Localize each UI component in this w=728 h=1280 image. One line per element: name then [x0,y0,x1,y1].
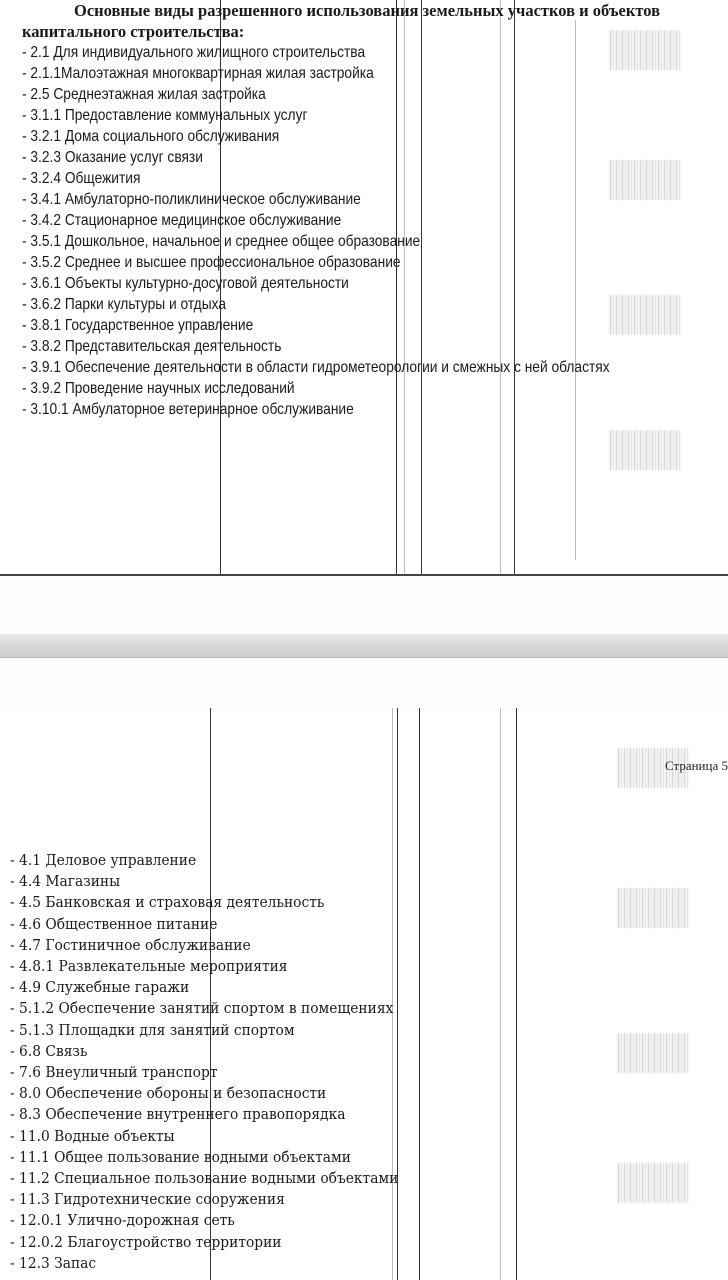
scan-noise [610,160,680,200]
list-item: - 2.5 Среднеэтажная жилая застройка [22,84,610,105]
list-item: - 4.8.1 Развлекательные мероприятия [10,956,398,977]
list-item: - 8.3 Обеспечение внутреннего правопоряд… [10,1104,398,1125]
list-item: - 3.4.2 Стационарное медицинское обслужи… [22,210,610,231]
list-item: - 3.10.1 Амбулаторное ветеринарное обслу… [22,399,610,420]
heading-line-1: Основные виды разрешенного использования… [22,0,728,21]
list-item: - 3.6.2 Парки культуры и отдыха [22,294,610,315]
scan-line [500,708,501,1280]
main-use-list-continued: - 4.1 Деловое управление - 4.4 Магазины … [10,850,398,1274]
scan-line [419,708,420,1280]
list-item: - 3.6.1 Объекты культурно-досуговой деят… [22,273,610,294]
list-item: - 4.7 Гостиничное обслуживание [10,935,398,956]
list-item: - 11.0 Водные объекты [10,1126,398,1147]
list-item: - 12.0.2 Благоустройство территории [10,1232,398,1253]
heading-line-2: капитального строительства: [22,21,728,42]
list-item: - 3.5.2 Среднее и высшее профессионально… [22,252,610,273]
list-item: - 4.5 Банковская и страховая деятельност… [10,892,398,913]
list-item: - 4.9 Служебные гаражи [10,977,398,998]
list-item: - 3.2.1 Дома социального обслуживания [22,126,610,147]
scan-noise [618,1033,688,1073]
list-item: - 3.9.2 Проведение научных исследований [22,378,610,399]
list-item: - 12.0.1 Улично-дорожная сеть [10,1210,398,1231]
list-item: - 3.1.1 Предоставление коммунальных услу… [22,105,610,126]
list-item: - 3.8.1 Государственное управление [22,315,610,336]
list-item: - 3.4.1 Амбулаторно-поликлиническое обсл… [22,189,610,210]
list-item: - 3.9.1 Обеспечение деятельности в облас… [22,357,610,378]
main-use-list: - 2.1 Для индивидуального жилищного стро… [22,42,610,420]
list-item: - 2.1.1Малоэтажная многоквартирная жилая… [22,63,610,84]
list-item: - 7.6 Внеуличный транспорт [10,1062,398,1083]
scan-noise [610,430,680,470]
list-item: - 2.1 Для индивидуального жилищного стро… [22,42,610,63]
section-heading: Основные виды разрешенного использования… [22,0,728,42]
scan-noise [618,888,688,928]
list-item: - 3.2.4 Общежития [22,168,610,189]
list-item: - 3.2.3 Оказание услуг связи [22,147,610,168]
page-divider-bar [0,634,728,658]
scan-noise [610,295,680,335]
list-item: - 4.4 Магазины [10,871,398,892]
list-item: - 11.2 Специальное пользование водными о… [10,1168,398,1189]
list-item: - 4.6 Общественное питание [10,914,398,935]
list-item: - 4.1 Деловое управление [10,850,398,871]
page-number: Страница 5 [665,758,728,774]
list-item: - 5.1.2 Обеспечение занятий спортом в по… [10,998,398,1019]
document-page-top: Основные виды разрешенного использования… [0,0,728,576]
list-item: - 6.8 Связь [10,1041,398,1062]
list-item: - 12.3 Запас [10,1253,398,1274]
scan-noise [618,1163,688,1203]
list-item: - 11.3 Гидротехнические сооружения [10,1189,398,1210]
list-item: - 3.8.2 Представительская деятельность [22,336,610,357]
list-item: - 5.1.3 Площадки для занятий спортом [10,1020,398,1041]
list-item: - 8.0 Обеспечение обороны и безопасности [10,1083,398,1104]
list-item: - 3.5.1 Дошкольное, начальное и среднее … [22,231,610,252]
list-item: - 11.1 Общее пользование водными объекта… [10,1147,398,1168]
scan-line [516,708,517,1280]
